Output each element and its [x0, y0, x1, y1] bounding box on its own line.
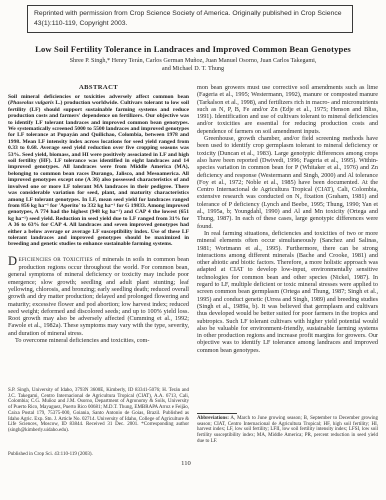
abstract-part-2: L.) production worldwide. Cultivars tole… [8, 100, 189, 247]
published-in-note: Published in Crop Sci. 43:110-119 (2003)… [8, 452, 189, 458]
author-line-1: Shree P. Singh,* Henry Terán, Carlos Ger… [10, 57, 376, 65]
right-paragraph-3: In real farming situations, deficiencies… [197, 230, 378, 354]
reprint-permission-box: Reprinted with permission from Crop Scie… [27, 5, 353, 33]
affiliation-footnote: S.P. Singh, University of Idaho, 3793N 3… [8, 388, 189, 434]
footnote-divider-rule [197, 413, 237, 414]
right-paragraph-1: mon bean growers must use corrective soi… [197, 84, 378, 135]
left-paragraph-2: To overcome mineral deficiencies and tox… [8, 337, 189, 344]
species-name-italic: Phaseolus vulgaris [10, 100, 54, 106]
abbreviations-footnote: Abbreviations: A, March to June growing … [197, 413, 378, 445]
reprint-permission-text: Reprinted with permission from Crop Scie… [34, 10, 342, 27]
abbreviations-label: Abbreviations: [197, 416, 229, 421]
intro-smallcaps-opening: EFICIENCIES OR TOXICITIES [19, 257, 93, 263]
page-number: 110 [0, 460, 372, 467]
intro-paragraph: DEFICIENCIES OR TOXICITIES of minerals i… [8, 256, 189, 337]
right-column: mon bean growers must use corrective soi… [197, 84, 378, 414]
right-paragraph-2: Greenhouse, growth chamber, and/or field… [197, 135, 378, 230]
author-list: Shree P. Singh,* Henry Terán, Carlos Ger… [10, 57, 376, 73]
left-column: ABSTRACT Soil mineral deficiencies or to… [8, 84, 189, 386]
author-line-2: and Michael D. T. Thung [10, 65, 376, 73]
journal-page: Reprinted with permission from Crop Scie… [0, 0, 386, 500]
dropcap-letter: D [8, 256, 17, 268]
abstract-text: Soil mineral deficiencies or toxicities … [8, 94, 189, 248]
abstract-heading: ABSTRACT [8, 84, 189, 91]
article-title: Low Soil Fertility Tolerance in Landrace… [10, 44, 376, 54]
intro-paragraph-text: of minerals in soils in common bean prod… [8, 256, 189, 337]
